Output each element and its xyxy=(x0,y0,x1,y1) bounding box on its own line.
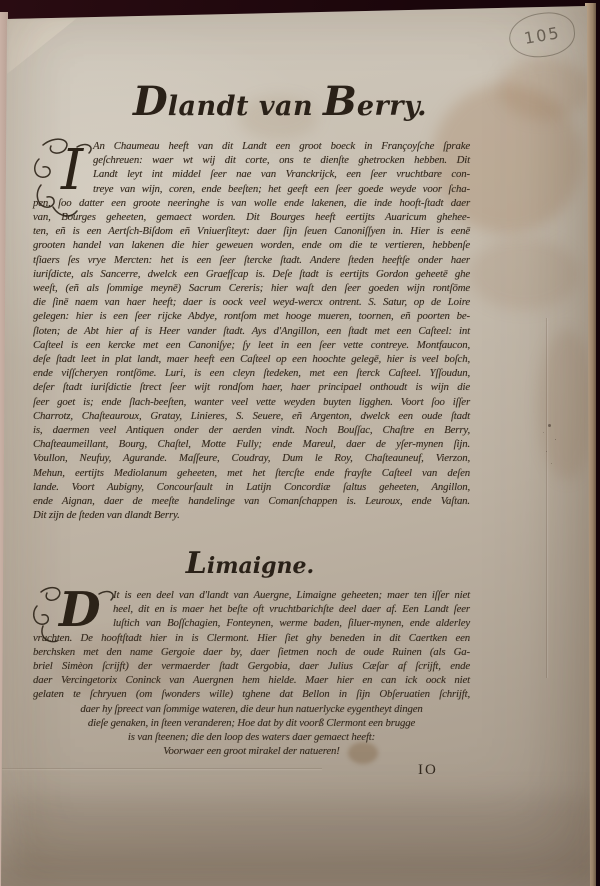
horizontal-crease xyxy=(2,768,322,769)
drop-cap-d-ornament: D xyxy=(33,586,125,650)
svg-text:I: I xyxy=(60,138,85,203)
section-heading-limaigne: Limaigne. xyxy=(30,549,470,579)
title-text-2: erry. xyxy=(357,91,427,122)
text-line: ſeer goet is; ende ſlach-beeſten, wanter… xyxy=(33,395,470,409)
drop-cap-i-ornament: I xyxy=(33,137,105,223)
paper-stain xyxy=(0,796,600,886)
paragraph-berry: I An Chaumeau heeft van dit Landt een gr… xyxy=(33,139,470,522)
text-line: ten, eñ is een Aertſch-Biſdom eñ Vniuerſ… xyxy=(33,224,470,238)
drop-cap-d: D xyxy=(33,588,113,630)
drop-cap-i: I xyxy=(33,139,93,195)
text-line: Mehun, eertijts Mediolanum geheeten, met… xyxy=(33,466,470,480)
text-line: dieſe genaken, in ſteen veranderen; Hoe … xyxy=(33,716,470,730)
printed-page-number: IO xyxy=(418,762,438,779)
text-line: ſloten; de Abt hier af is Heer vander ſt… xyxy=(33,324,470,338)
text-line: weeſt, (eñ als ſommige meynē) Sacrum Cer… xyxy=(33,281,470,295)
text-line: gelegen: hier is een ſeer rijcke Abdye, … xyxy=(33,309,470,323)
title-initial-b: B xyxy=(323,78,357,125)
text-line: briel Simèon ſcrijft) der vermaerder ſta… xyxy=(33,659,470,673)
paper-stain xyxy=(498,58,590,120)
title-initial-d: D xyxy=(133,78,168,125)
text-line: iuriſdicte, als Sancerre, dwelck een Gra… xyxy=(33,267,470,281)
heading-initial-l: L xyxy=(186,546,207,581)
text-line: daer Vercingetorix Coninck van Auergnen … xyxy=(33,673,470,687)
text-line: deſe ſtadt leet in plat landt, maer heef… xyxy=(33,352,470,366)
vertical-crease xyxy=(546,318,547,678)
text-line: Charrotz, Chaſteauroux, Gratay, Linieres… xyxy=(33,409,470,423)
text-line: Caſteel is een kercke met een Canoniſye;… xyxy=(33,338,470,352)
title-text-1: landt van xyxy=(168,91,323,122)
ink-speckles xyxy=(548,424,551,427)
text-line: grooten handel van lakenen die hier gewe… xyxy=(33,238,470,252)
text-line: is van ſteenen; die den loop des waters … xyxy=(33,730,470,744)
text-line: ende Aignan, daer de meeſte handelinge v… xyxy=(33,494,470,508)
text-line: deſer ſtadt iuriſdictie ſtrect ſeer wijt… xyxy=(33,380,470,394)
text-line: Voullon, Neufuy, Agurande. Maſſeure, Cou… xyxy=(33,451,470,465)
text-line: Voorwaer een groot mirakel der natueren! xyxy=(33,744,470,758)
text-line: die ſinē naem van haer heeft; daer is oo… xyxy=(33,295,470,309)
text-line: is, daermen veel Antiquen onder der aerd… xyxy=(33,423,470,437)
text-line: Dit zijn de ſteden van dlandt Berry. xyxy=(33,508,470,522)
text-line: daer hy ſpreect van ſommige wateren, die… xyxy=(33,702,470,716)
text-line: lande. Voort Aubigny, Concourſault in La… xyxy=(33,480,470,494)
paragraph-limaigne: D It is een deel van d'landt van Auergne… xyxy=(33,588,470,758)
heading-text: imaigne. xyxy=(207,553,314,579)
book-photo-background: 105 Dlandt van Berry. I An Chaumeau heef… xyxy=(0,0,600,886)
page-corner-highlight xyxy=(7,18,77,74)
text-line: gelaten te ſchryuen (om ſwonders wille) … xyxy=(33,687,470,701)
text-line: Chaſteaumeillant, Bourg, Chaſtel, Motte … xyxy=(33,437,470,451)
paper-stain xyxy=(468,238,580,310)
text-line: ende viſſcheryen rontſōme. Luri, is een … xyxy=(33,366,470,380)
folio-annotation-number: 105 xyxy=(522,22,561,47)
page-leaf: 105 Dlandt van Berry. I An Chaumeau heef… xyxy=(0,0,600,886)
svg-text:D: D xyxy=(57,582,101,638)
page-title: Dlandt van Berry. xyxy=(55,82,505,122)
text-line: tſiaers ſes vrye Mercten: het is een ſee… xyxy=(33,253,470,267)
folio-annotation-circle: 105 xyxy=(507,10,577,61)
